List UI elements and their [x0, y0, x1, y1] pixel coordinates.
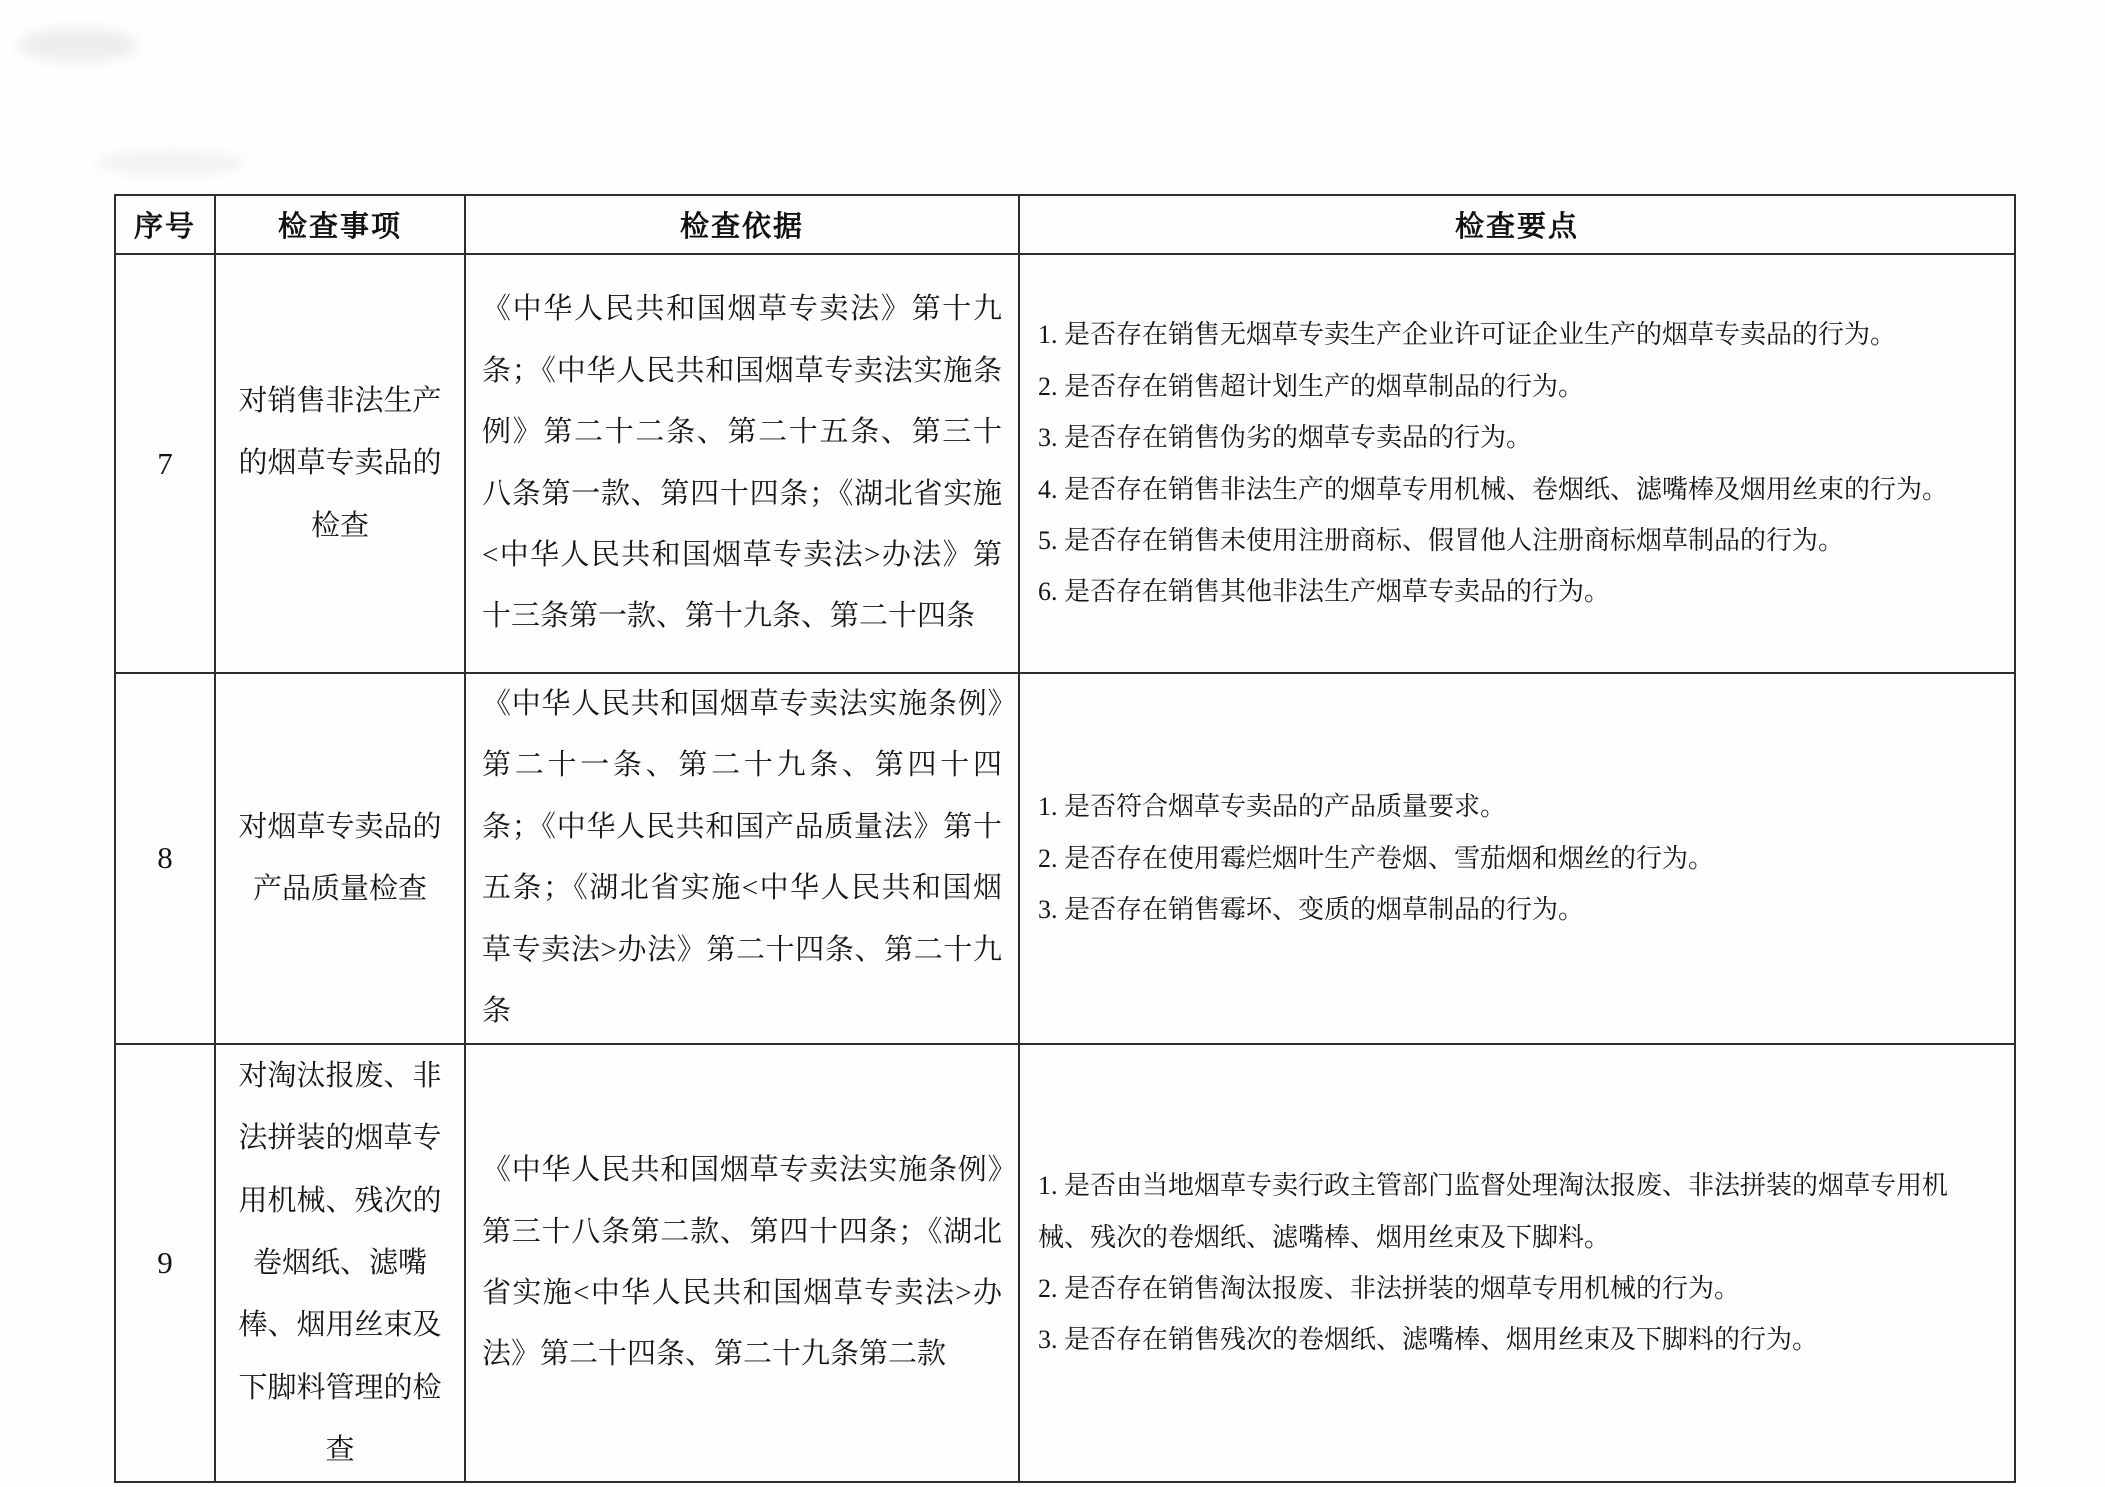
header-inspection-points: 检查要点 [1019, 195, 2015, 254]
inspection-point: 5. 是否存在销售未使用注册商标、假冒他人注册商标烟草制品的行为。 [1038, 515, 1996, 566]
inspection-point: 2. 是否存在销售超计划生产的烟草制品的行为。 [1038, 361, 1996, 412]
inspection-points-cell: 1. 是否存在销售无烟草专卖生产企业许可证企业生产的烟草专卖品的行为。 2. 是… [1019, 254, 2015, 673]
inspection-basis-text: 《中华人民共和国烟草专卖法实施条例》第三十八条第二款、第四十四条；《湖北省实施<… [482, 1140, 1002, 1386]
header-serial-number: 序号 [115, 195, 215, 254]
inspection-point: 3. 是否存在销售霉坏、变质的烟草制品的行为。 [1038, 884, 1996, 935]
inspection-point: 2. 是否存在销售淘汰报废、非法拼装的烟草专用机械的行为。 [1038, 1263, 1996, 1314]
inspection-item-cell: 对烟草专卖品的产品质量检查 [215, 673, 465, 1044]
inspection-point: 1. 是否存在销售无烟草专卖生产企业许可证企业生产的烟草专卖品的行为。 [1038, 309, 1996, 360]
row-number-cell: 7 [115, 254, 215, 673]
inspection-points-cell: 1. 是否由当地烟草专卖行政主管部门监督处理淘汰报废、非法拼装的烟草专用机械、残… [1019, 1044, 2015, 1482]
inspection-basis-cell: 《中华人民共和国烟草专卖法》第十九条；《中华人民共和国烟草专卖法实施条例》第二十… [465, 254, 1019, 673]
header-inspection-item: 检查事项 [215, 195, 465, 254]
table-header-row: 序号 检查事项 检查依据 检查要点 [115, 195, 2015, 254]
inspection-basis-cell: 《中华人民共和国烟草专卖法实施条例》第三十八条第二款、第四十四条；《湖北省实施<… [465, 1044, 1019, 1482]
inspection-item-text: 对销售非法生产的烟草专卖品的检查 [226, 370, 454, 557]
table-row: 8 对烟草专卖品的产品质量检查 《中华人民共和国烟草专卖法实施条例》第二十一条、… [115, 673, 2015, 1044]
inspection-point: 3. 是否存在销售残次的卷烟纸、滤嘴棒、烟用丝束及下脚料的行为。 [1038, 1314, 1996, 1365]
inspection-basis-text: 《中华人民共和国烟草专卖法实施条例》第二十一条、第二十九条、第四十四条；《中华人… [482, 674, 1002, 1043]
inspection-point: 1. 是否由当地烟草专卖行政主管部门监督处理淘汰报废、非法拼装的烟草专用机械、残… [1038, 1160, 1996, 1263]
inspection-basis-cell: 《中华人民共和国烟草专卖法实施条例》第二十一条、第二十九条、第四十四条；《中华人… [465, 673, 1019, 1044]
inspection-point: 6. 是否存在销售其他非法生产烟草专卖品的行为。 [1038, 566, 1996, 617]
inspection-point: 2. 是否存在使用霉烂烟叶生产卷烟、雪茄烟和烟丝的行为。 [1038, 833, 1996, 884]
inspection-item-cell: 对销售非法生产的烟草专卖品的检查 [215, 254, 465, 673]
inspection-point: 1. 是否符合烟草专卖品的产品质量要求。 [1038, 781, 1996, 832]
inspection-basis-text: 《中华人民共和国烟草专卖法》第十九条；《中华人民共和国烟草专卖法实施条例》第二十… [482, 279, 1002, 648]
inspection-point: 4. 是否存在销售非法生产的烟草专用机械、卷烟纸、滤嘴棒及烟用丝束的行为。 [1038, 464, 1996, 515]
row-number-cell: 8 [115, 673, 215, 1044]
scan-smudge [96, 150, 246, 176]
header-inspection-basis: 检查依据 [465, 195, 1019, 254]
table-row: 7 对销售非法生产的烟草专卖品的检查 《中华人民共和国烟草专卖法》第十九条；《中… [115, 254, 2015, 673]
inspection-points-cell: 1. 是否符合烟草专卖品的产品质量要求。 2. 是否存在使用霉烂烟叶生产卷烟、雪… [1019, 673, 2015, 1044]
scanned-page: 序号 检查事项 检查依据 检查要点 7 对销售非法生产的烟草专卖品的检查 《中华… [0, 0, 2105, 1487]
row-number-cell: 9 [115, 1044, 215, 1482]
inspection-table: 序号 检查事项 检查依据 检查要点 7 对销售非法生产的烟草专卖品的检查 《中华… [114, 194, 2016, 1483]
scan-smudge [18, 28, 138, 62]
table-row: 9 对淘汰报废、非法拼装的烟草专用机械、残次的卷烟纸、滤嘴棒、烟用丝束及下脚料管… [115, 1044, 2015, 1482]
inspection-point: 3. 是否存在销售伪劣的烟草专卖品的行为。 [1038, 412, 1996, 463]
inspection-item-cell: 对淘汰报废、非法拼装的烟草专用机械、残次的卷烟纸、滤嘴棒、烟用丝束及下脚料管理的… [215, 1044, 465, 1482]
inspection-item-text: 对烟草专卖品的产品质量检查 [226, 796, 454, 921]
inspection-item-text: 对淘汰报废、非法拼装的烟草专用机械、残次的卷烟纸、滤嘴棒、烟用丝束及下脚料管理的… [226, 1045, 454, 1481]
